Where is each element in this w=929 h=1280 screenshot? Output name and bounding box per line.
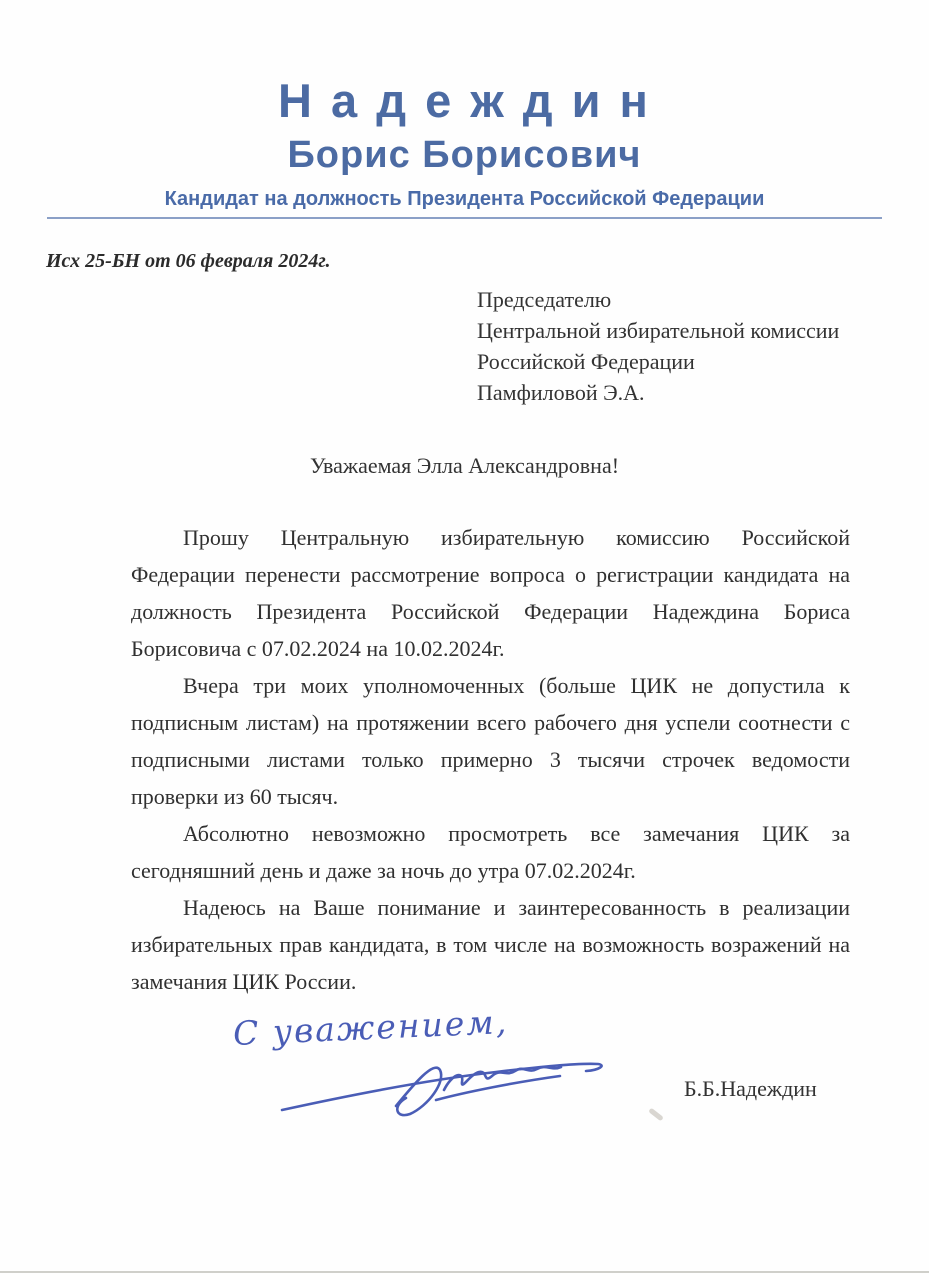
letterhead-subtitle: Кандидат на должность Президента Российс… [0, 188, 929, 210]
letterhead-surname: Н а д е ж д и н [0, 74, 929, 128]
addressee-line: Российской Федерации [477, 346, 839, 377]
letterhead: Н а д е ж д и н Борис Борисович Кандидат… [0, 74, 929, 210]
scan-edge-line [0, 1271, 929, 1273]
outgoing-reference: Исх 25-БН от 06 февраля 2024г. [46, 250, 330, 273]
letterhead-name: Борис Борисович [0, 135, 929, 177]
letter-body: Прошу Центральную избирательную комиссию… [131, 519, 850, 1000]
scan-speck [648, 1108, 664, 1122]
addressee-line: Памфиловой Э.А. [477, 377, 839, 408]
body-paragraph: Прошу Центральную избирательную комиссию… [131, 519, 850, 667]
salutation: Уважаемая Элла Александровна! [0, 453, 929, 479]
body-paragraph: Вчера три моих уполномоченных (больше ЦИ… [131, 667, 850, 815]
addressee-line: Председателю [477, 284, 839, 315]
addressee-block: Председателю Центральной избирательной к… [477, 284, 839, 408]
letter-page: Н а д е ж д и н Борис Борисович Кандидат… [0, 0, 929, 1280]
body-paragraph: Абсолютно невозможно просмотреть все зам… [131, 815, 850, 889]
signature-autograph [276, 1044, 606, 1122]
signatory-name: Б.Б.Надеждин [684, 1076, 817, 1102]
letterhead-rule [47, 217, 882, 219]
body-paragraph: Надеюсь на Ваше понимание и заинтересова… [131, 889, 850, 1000]
addressee-line: Центральной избирательной комиссии [477, 315, 839, 346]
